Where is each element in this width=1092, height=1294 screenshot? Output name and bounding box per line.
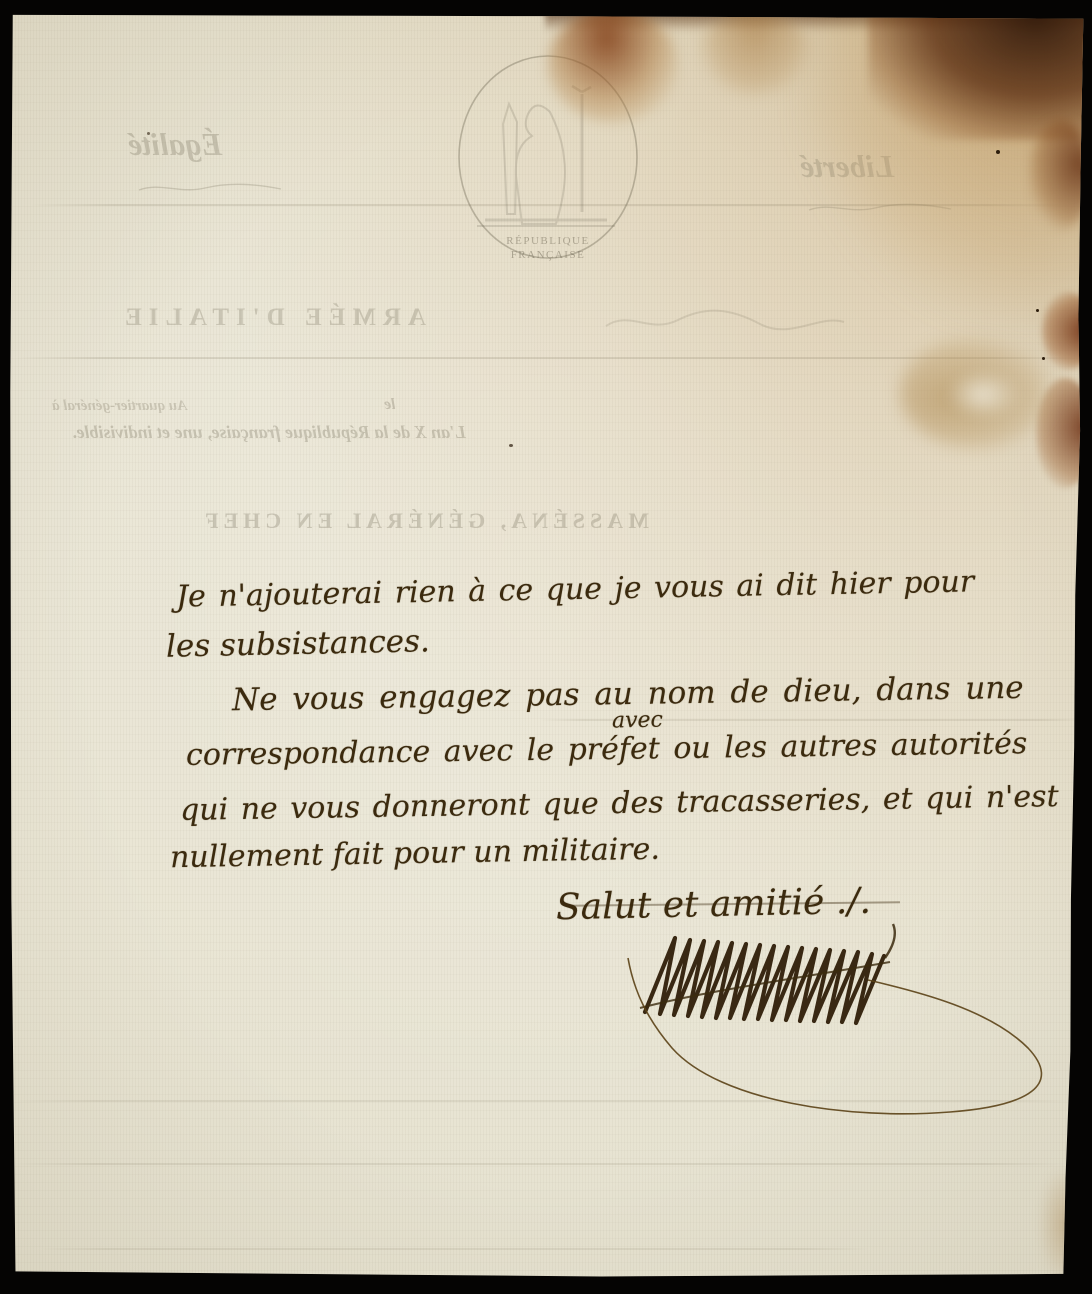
stain-top-edge-band: [545, 6, 1092, 32]
motto-right-flourish: [805, 200, 955, 216]
bleedthrough-hq-le: le: [384, 396, 396, 414]
manuscript-line-1: Je n'ajouterai rien à ce que je vous ai …: [176, 564, 975, 614]
ink-speck: [1036, 309, 1039, 312]
bleedthrough-handwriting-squiggle: [600, 300, 850, 340]
stain-right-mid-rust-lower: [1036, 378, 1092, 488]
stain-light-spot: [948, 372, 1018, 417]
ink-speck: [996, 150, 1000, 154]
manuscript-line-5: qui ne vous donneront que des tracasseri…: [180, 779, 1059, 828]
bleedthrough-hq-prefix: Au quartier-général à: [52, 398, 187, 415]
ink-speck: [1042, 357, 1045, 360]
stain-top-drip: [700, 10, 810, 95]
motto-left-flourish: [135, 180, 285, 196]
seal-caption-line2: FRANÇAISE: [511, 249, 586, 261]
stain-right-mid-tan-blob: [900, 338, 1050, 448]
fold-crease: [30, 204, 1070, 206]
manuscript-line-4: correspondance avec le préfet ou les aut…: [186, 726, 1028, 773]
scanned-letter-page: Égalité Liberté: [0, 0, 1092, 1294]
fold-crease: [40, 1248, 870, 1250]
manuscript-line-6: nullement fait pour un militaire.: [170, 832, 660, 876]
manuscript-insertion-avec: avec: [612, 708, 663, 734]
fold-crease: [12, 1163, 1067, 1165]
bleedthrough-army-line: ARMÉE D'ITALIE: [118, 304, 426, 332]
ink-speck: [509, 444, 513, 447]
bleedthrough-motto-egalite: Égalité: [128, 126, 222, 163]
paper-sheet: Égalité Liberté: [9, 13, 1086, 1279]
manuscript-line-2: les subsistances.: [166, 623, 431, 665]
fold-crease: [15, 357, 1080, 359]
seal-caption-line1: RÉPUBLIQUE: [506, 235, 589, 247]
stain-corner-rust-blob: [1030, 120, 1092, 230]
bleedthrough-motto-liberte: Liberté: [800, 148, 894, 185]
bleedthrough-commander-line: MASSÉNA, GÉNÉRAL EN CHEF: [200, 508, 649, 534]
seal-ellipse: [459, 56, 637, 258]
ink-speck: [147, 132, 150, 135]
stain-bottom-right-edge: [1040, 1170, 1076, 1280]
stain-top-right-scorch: [868, 0, 1092, 140]
paraph-flourish: [590, 930, 1090, 1130]
bleedthrough-republic-line: L'an X de la République française, une e…: [72, 422, 466, 443]
republic-seal: RÉPUBLIQUE FRANÇAISE: [450, 52, 645, 270]
